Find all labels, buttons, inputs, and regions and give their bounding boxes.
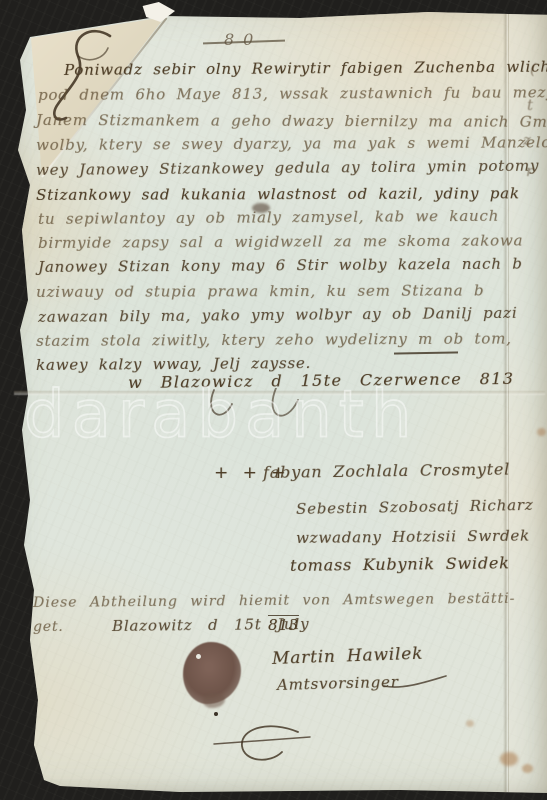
signatory-name: Martin Hawilek <box>272 645 424 668</box>
manuscript-line: stazim stola ziwitly, ktery zeho wydeliz… <box>36 330 512 350</box>
attestation-line: get. <box>33 618 64 636</box>
paper-speck <box>196 654 201 659</box>
page-fragment: t <box>527 96 533 114</box>
signatory-title: Amtsvorsinger <box>277 673 399 694</box>
manuscript-line: Stizankowy sad kukania wlastnost od kazi… <box>36 184 520 204</box>
fox-stain <box>537 428 546 436</box>
manuscript-line: uziwauy od stupia prawa kmin, ku sem Sti… <box>36 281 484 301</box>
page-fragment: ( <box>530 60 536 78</box>
fox-stain <box>522 764 533 773</box>
manuscript-line: Poniwadz sebir olny Rewirytir fabigen Zu… <box>64 58 547 79</box>
ink-smudge <box>252 203 270 213</box>
watermark: darabanth <box>24 377 454 452</box>
ink-speck <box>214 712 218 716</box>
page-fragment: r <box>526 162 533 180</box>
witness-line: tomass Kubynik Swidek <box>290 554 510 575</box>
manuscript-line: Janowey Stizan kony may 6 Stir wolby kaz… <box>38 255 523 276</box>
witness-line: fabyan Zochlala Crosmytel <box>263 461 510 482</box>
manuscript-line: pod dnem 6ho Maye 813, wssak zustawnich … <box>38 83 547 104</box>
attestation-year: 813 <box>268 616 299 634</box>
vertical-fold <box>503 14 508 792</box>
page-number: 80 <box>224 30 262 49</box>
manuscript-line: Janem Stizmankem a geho dwazy biernilzy … <box>36 111 547 131</box>
page-fragment: z <box>523 131 531 149</box>
witness-line: wzwadany Hotzisii Swrdek <box>296 527 530 547</box>
manuscript-line: wolby, ktery se swey dyarzy, ya ma yak s… <box>36 133 547 154</box>
fox-stain <box>500 752 518 766</box>
scanned-photo: 80 Poniwadz sebir olny Rewirytir fabigen… <box>0 0 547 800</box>
fox-stain <box>466 720 474 727</box>
manuscript-line: birmyide zapsy sal a wigidwzell za me sk… <box>38 231 523 252</box>
attestation-year-value: 813 <box>268 615 299 634</box>
